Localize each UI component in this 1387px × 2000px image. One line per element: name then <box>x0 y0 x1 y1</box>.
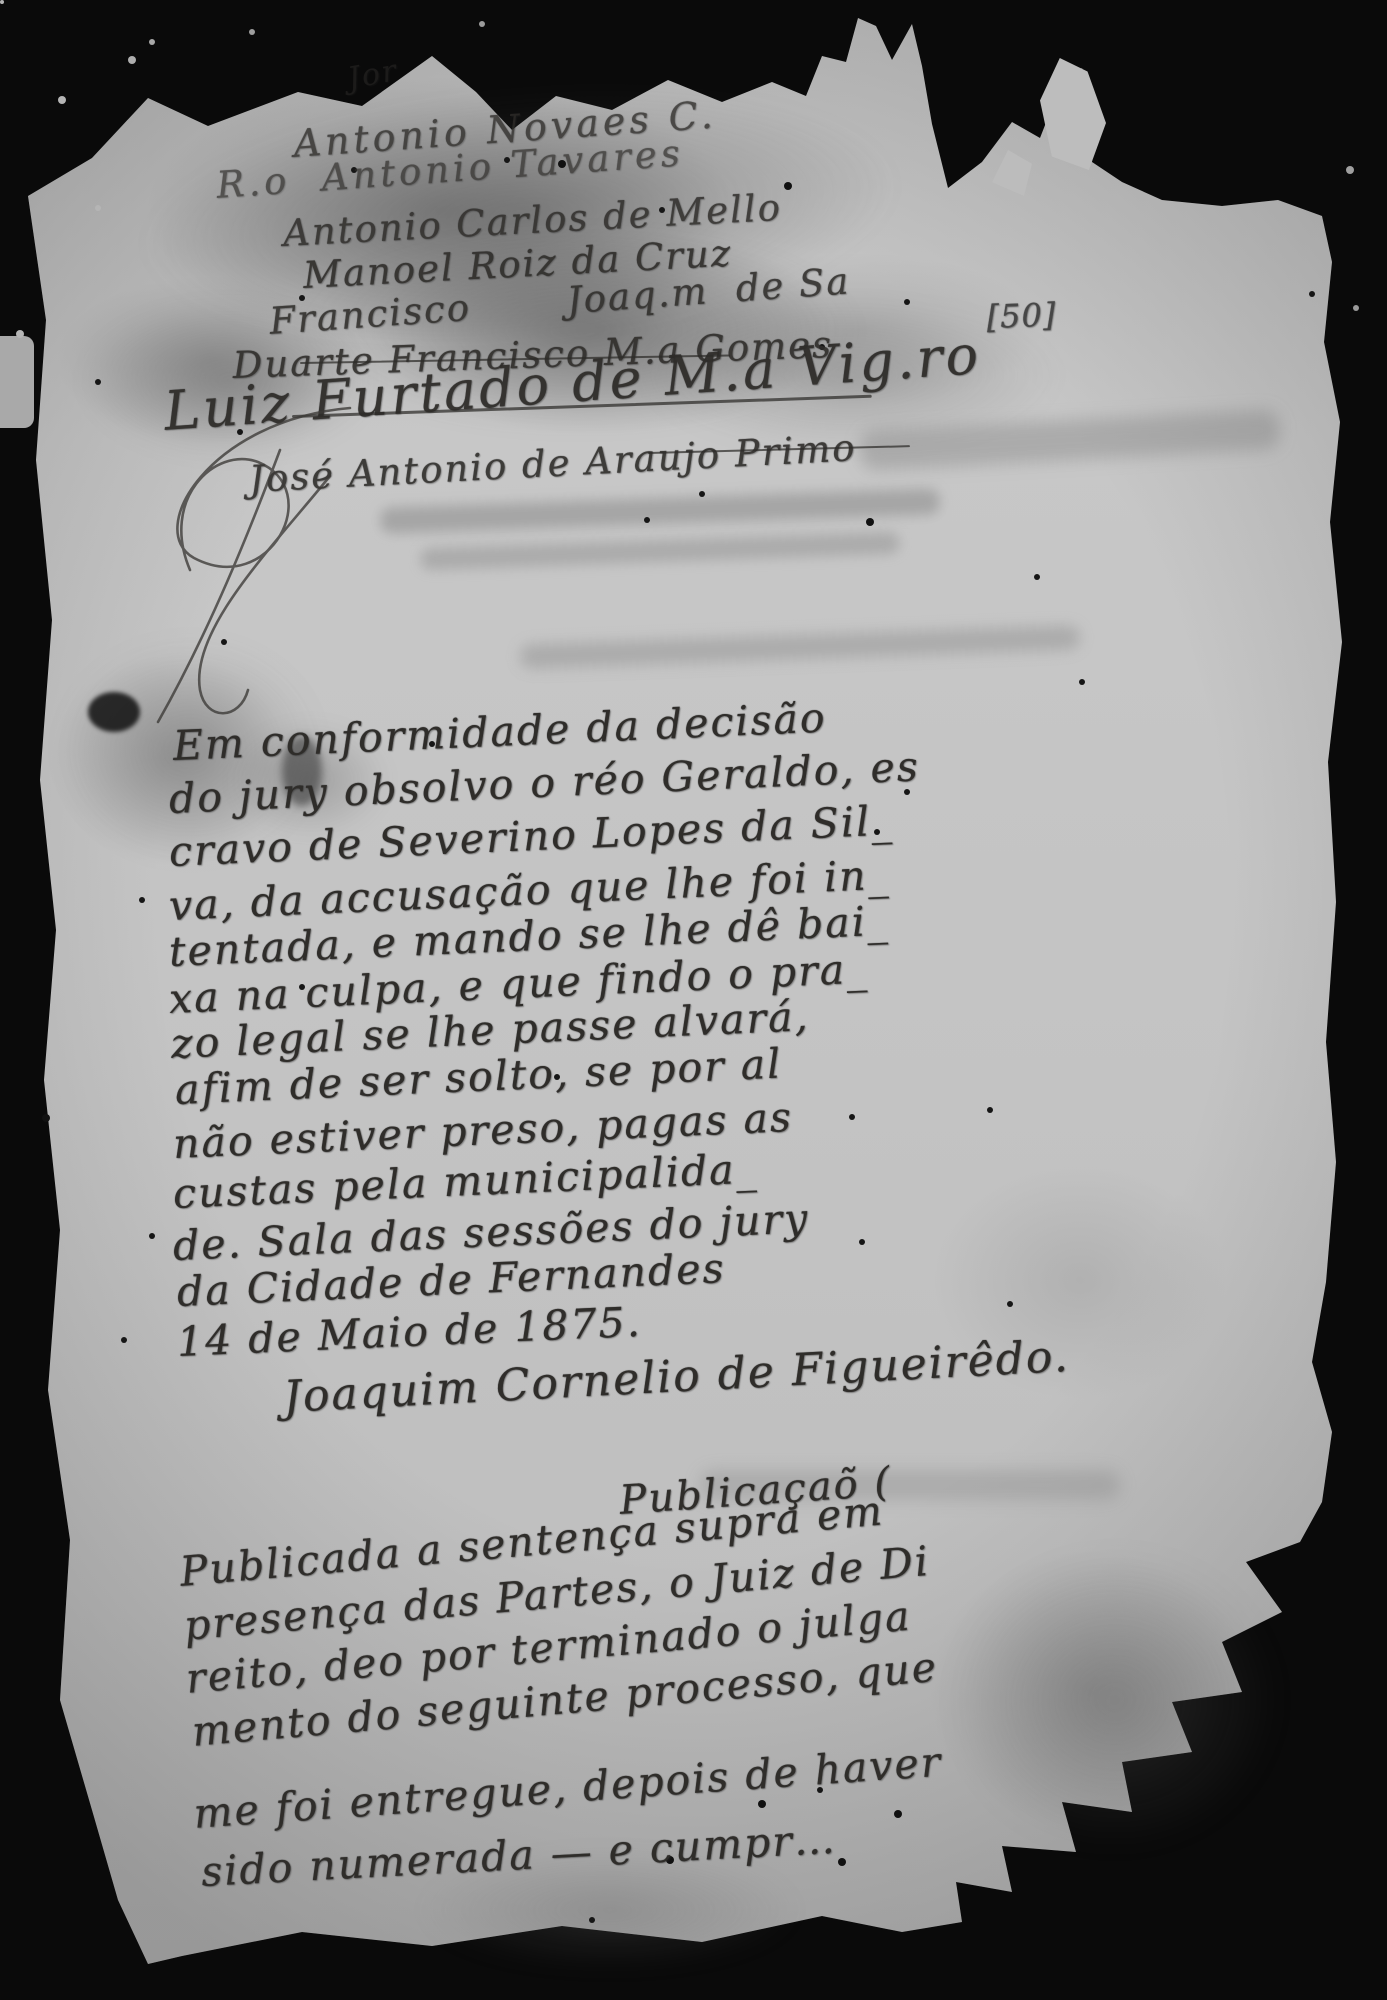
paper-crumbs <box>0 0 4 4</box>
scanned-manuscript-page: Jor [50] Antonio Novaes C. R.o Antonio T… <box>0 0 1387 2000</box>
folio-annotation: [50] <box>986 296 1057 336</box>
flourish-strokes <box>130 390 510 760</box>
spine-tab <box>0 336 34 428</box>
